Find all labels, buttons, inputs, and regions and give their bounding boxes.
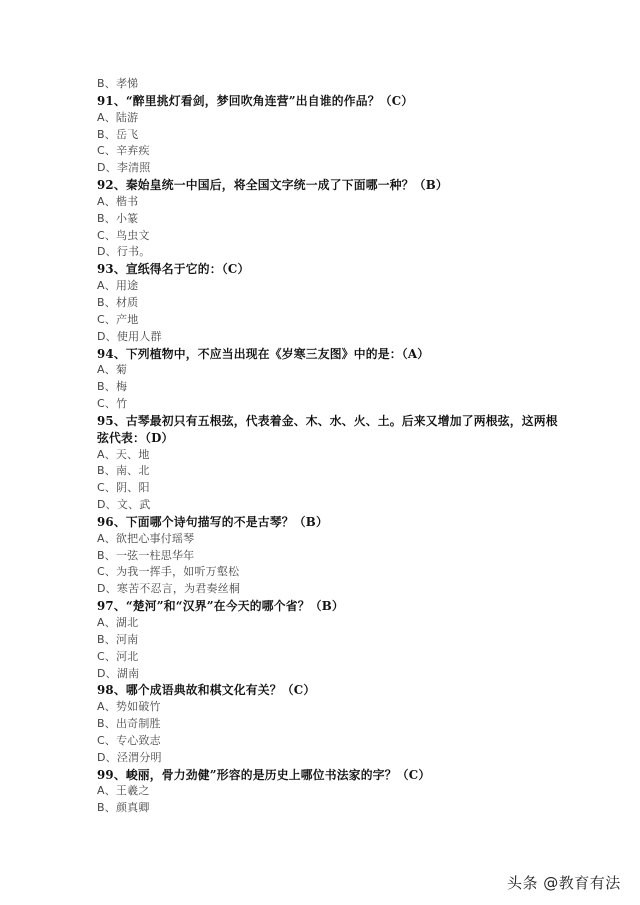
question-line: 97、“楚河”和“汉界”在今天的哪个省？（B） bbox=[97, 598, 557, 615]
question-line: 99、峻丽，骨力劲健”形容的是历史上哪位书法家的字？（C） bbox=[97, 767, 557, 784]
question-line: 92、秦始皇统一中国后，将全国文字统一成了下面哪一种？（B） bbox=[97, 177, 557, 194]
option-line: B、出奇制胜 bbox=[97, 716, 557, 733]
option-line: C、辛弃疾 bbox=[97, 143, 557, 160]
question-line: 95、古琴最初只有五根弦，代表着金、木、水、火、土。后来又增加了两根弦，这两根 bbox=[97, 413, 557, 430]
option-line: C、鸟虫文 bbox=[97, 228, 557, 245]
option-line: B、孝悌 bbox=[97, 76, 557, 93]
question-line-continued: 弦代表：（D） bbox=[97, 430, 557, 447]
option-line: A、欲把心事付瑶琴 bbox=[97, 531, 557, 548]
option-line: D、泾渭分明 bbox=[97, 750, 557, 767]
question-line: 94、下列植物中，不应当出现在《岁寒三友图》中的是：（A） bbox=[97, 346, 557, 363]
watermark: 头条 @教育有法 bbox=[507, 872, 621, 893]
option-line: A、王羲之 bbox=[97, 783, 557, 800]
option-line: C、为我一挥手，如听万壑松 bbox=[97, 564, 557, 581]
option-line: D、使用人群 bbox=[97, 329, 557, 346]
document-page: B、孝悌 91、“醉里挑灯看剑，梦回吹角连营”出自谁的作品？（C） A、陆游 B… bbox=[97, 76, 557, 817]
question-line: 98、哪个成语典故和棋文化有关？（C） bbox=[97, 682, 557, 699]
option-line: B、河南 bbox=[97, 632, 557, 649]
option-line: C、产地 bbox=[97, 312, 557, 329]
option-line: A、势如破竹 bbox=[97, 699, 557, 716]
option-line: A、陆游 bbox=[97, 110, 557, 127]
option-line: B、小篆 bbox=[97, 211, 557, 228]
question-line: 91、“醉里挑灯看剑，梦回吹角连营”出自谁的作品？（C） bbox=[97, 93, 557, 110]
option-line: A、天、地 bbox=[97, 447, 557, 464]
option-line: B、材质 bbox=[97, 295, 557, 312]
option-line: B、梅 bbox=[97, 379, 557, 396]
option-line: A、菊 bbox=[97, 362, 557, 379]
question-line: 93、宣纸得名于它的：（C） bbox=[97, 261, 557, 278]
option-line: B、南、北 bbox=[97, 463, 557, 480]
option-line: A、用途 bbox=[97, 278, 557, 295]
option-line: D、文、武 bbox=[97, 497, 557, 514]
question-line: 96、下面哪个诗句描写的不是古琴？（B） bbox=[97, 514, 557, 531]
option-line: C、竹 bbox=[97, 396, 557, 413]
option-line: D、湖南 bbox=[97, 666, 557, 683]
option-line: D、寒苦不忍言，为君奏丝桐 bbox=[97, 581, 557, 598]
option-line: C、专心致志 bbox=[97, 733, 557, 750]
option-line: C、河北 bbox=[97, 649, 557, 666]
option-line: D、李清照 bbox=[97, 160, 557, 177]
option-line: D、行书。 bbox=[97, 244, 557, 261]
option-line: C、阴、阳 bbox=[97, 480, 557, 497]
option-line: B、岳飞 bbox=[97, 127, 557, 144]
option-line: B、一弦一柱思华年 bbox=[97, 548, 557, 565]
option-line: A、楷书 bbox=[97, 194, 557, 211]
option-line: B、颜真卿 bbox=[97, 800, 557, 817]
option-line: A、湖北 bbox=[97, 615, 557, 632]
